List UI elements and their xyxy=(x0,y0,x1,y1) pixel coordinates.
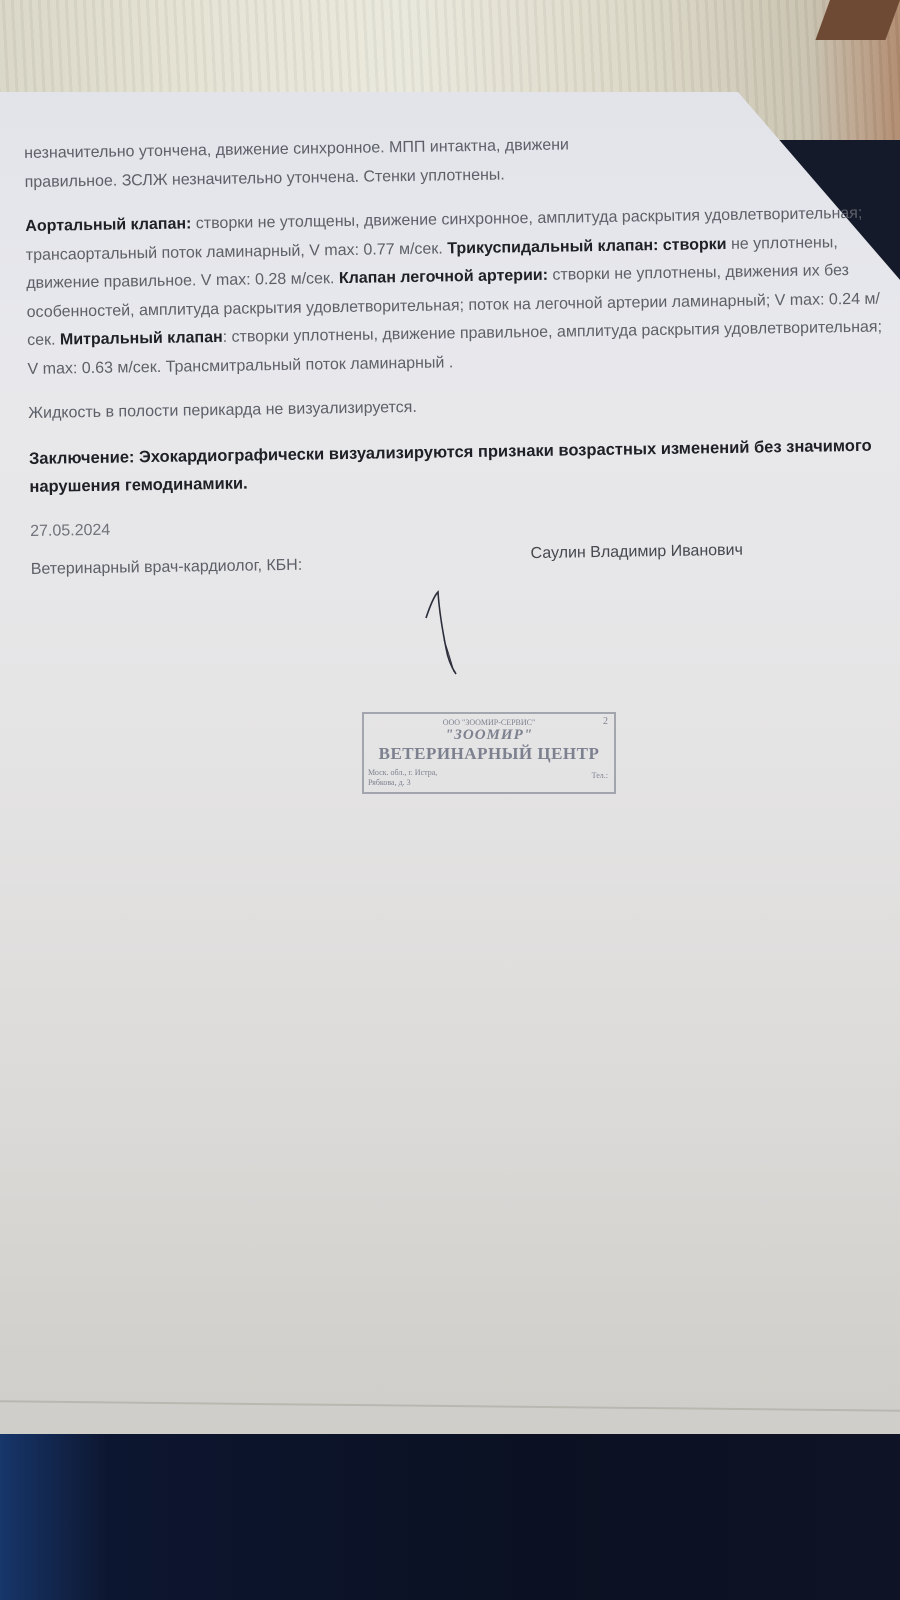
mitral-valve-label: Митральный клапан xyxy=(60,329,223,349)
handwritten-signature xyxy=(420,588,470,678)
clinic-stamp: 2 ООО "ЗООМИР-СЕРВИС" "ЗООМИР" ВЕТЕРИНАР… xyxy=(362,712,616,794)
stamp-company: ООО "ЗООМИР-СЕРВИС" xyxy=(364,718,614,727)
stamp-phone: Тел.: xyxy=(592,771,608,780)
signer-name: Саулин Владимир Иванович xyxy=(530,537,743,569)
valves-paragraph: Аортальный клапан: створки не утолщены, … xyxy=(25,199,888,383)
aortic-valve-text: створки не утолщены, движение синхронное… xyxy=(26,205,863,264)
stamp-address: Моск. обл., г. Истра, Рябкова, д. 3 xyxy=(368,768,437,788)
pulmonary-valve-label: Клапан легочной артерии: xyxy=(339,267,548,287)
tricuspid-valve-label: Трикуспидальный клапан: створки xyxy=(447,235,727,256)
stamp-title: ВЕТЕРИНАРНЫЙ ЦЕНТР xyxy=(364,744,614,764)
paper-shadow xyxy=(0,700,900,1434)
wall-corner xyxy=(815,0,900,40)
aortic-valve-label: Аортальный клапан: xyxy=(25,215,191,235)
signer-role: Ветеринарный врач-кардиолог, КБН: xyxy=(31,552,303,585)
stamp-number: 2 xyxy=(603,716,608,727)
dark-surface xyxy=(0,1434,900,1600)
stamp-brand: "ЗООМИР" xyxy=(364,727,614,744)
mitral-valve-text: : створки уплотнены, движение правильное… xyxy=(27,319,882,378)
report-body: незначительно утончена, движение синхрон… xyxy=(24,126,891,595)
